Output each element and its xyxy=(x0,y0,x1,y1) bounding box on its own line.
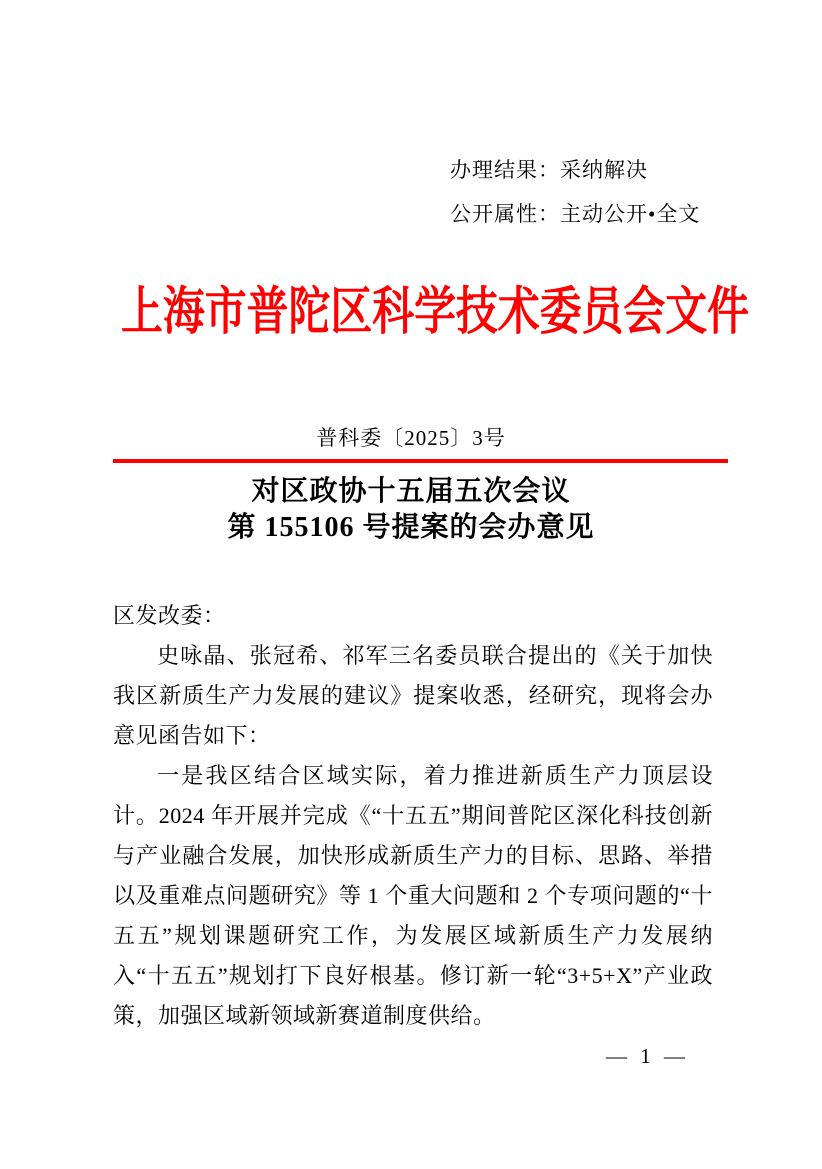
handling-result-line: 办理结果：采纳解决 xyxy=(450,148,700,192)
document-body: 区发改委： 史咏晶、张冠希、祁军三名委员联合提出的《关于加快我区新质生产力发展的… xyxy=(113,596,713,1036)
body-paragraph-2: 一是我区结合区域实际，着力推进新质生产力顶层设计。2024 年开展并完成《“十五… xyxy=(113,756,713,1036)
red-divider-line xyxy=(113,459,728,463)
issuing-org-title-text: 上海市普陀区科学技术委员会文件 xyxy=(121,284,749,340)
document-title: 对区政协十五届五次会议 第 155106 号提案的会办意见 xyxy=(0,474,822,546)
document-number: 普科委〔2025〕3号 xyxy=(0,422,822,452)
document-title-line2: 第 155106 号提案的会办意见 xyxy=(0,510,822,546)
page-number: — 1 — xyxy=(0,1044,822,1069)
handling-meta-block: 办理结果：采纳解决 公开属性：主动公开•全文 xyxy=(450,148,700,236)
document-title-line1: 对区政协十五届五次会议 xyxy=(0,474,822,510)
document-page: 办理结果：采纳解决 公开属性：主动公开•全文 上海市普陀区科学技术委员会文件 普… xyxy=(0,0,822,1169)
salutation: 区发改委： xyxy=(113,596,713,636)
issuing-org-title: 上海市普陀区科学技术委员会文件 xyxy=(24,287,822,337)
publicity-attribute-line: 公开属性：主动公开•全文 xyxy=(450,192,700,236)
body-paragraph-1: 史咏晶、张冠希、祁军三名委员联合提出的《关于加快我区新质生产力发展的建议》提案收… xyxy=(113,636,713,756)
